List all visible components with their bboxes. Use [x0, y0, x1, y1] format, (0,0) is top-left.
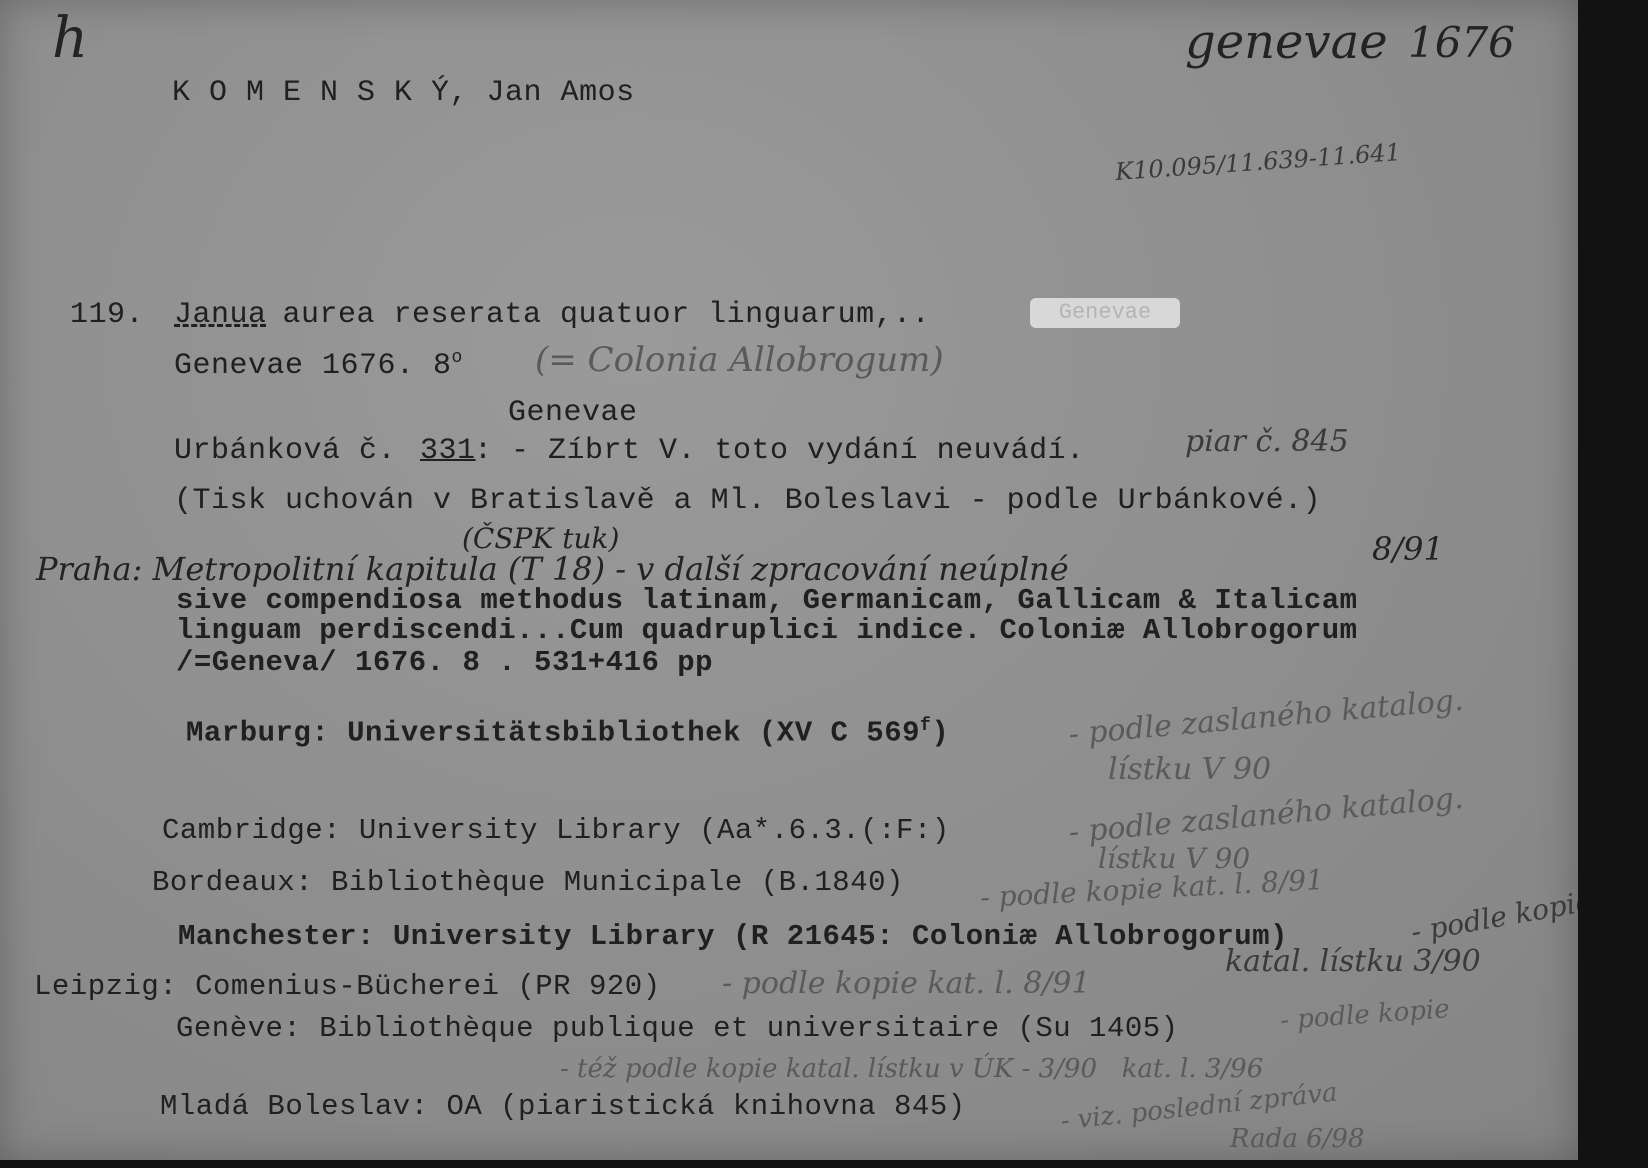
holding-note-2: lístku V 90	[1108, 752, 1271, 787]
handwritten-year: 1676	[1408, 18, 1515, 67]
handwritten-imprint-note: (= Colonia Allobrogum)	[535, 340, 944, 380]
holding-marburg: Marburg: Universitätsbibliothek (XV C 56…	[186, 716, 949, 750]
handwritten-piar: piar č. 845	[1185, 424, 1349, 459]
urbankova-number: 331	[420, 434, 476, 468]
author-heading: K O M E N S K Ý, Jan Amos	[172, 76, 635, 110]
handwritten-shelfmark: K10.095/11.639-11.641	[1114, 138, 1401, 186]
holding-note: - podle zaslaného katalog.	[1067, 683, 1465, 752]
urbankova-prefix: Urbánková č.	[174, 434, 396, 468]
preservation-note: (Tisk uchován v Bratislavě a Ml. Bolesla…	[174, 484, 1321, 518]
erased-text: Genevae	[1030, 298, 1180, 328]
holding-geneve: Genève: Bibliothèque publique et univers…	[176, 1012, 1179, 1045]
scan-border-bottom	[0, 1160, 1648, 1168]
holding-note-2: - též podle kopie katal. lístku v ÚK - 3…	[560, 1054, 1263, 1084]
title-rest: aurea reserata quatuor linguarum,..	[264, 298, 930, 332]
holding-bordeaux: Bordeaux: Bibliothèque Municipale (B.184…	[152, 866, 904, 899]
holding-mlada-boleslav: Mladá Boleslav: OA (piaristická knihovna…	[160, 1090, 966, 1123]
holding-note-2: Rada 6/98	[1230, 1124, 1364, 1154]
holding-note-2: katal. lístku 3/90	[1225, 944, 1481, 979]
title-first-word: Janua	[174, 298, 267, 332]
description-line: sive compendiosa methodus latinam, Germa…	[176, 584, 1358, 617]
typed-insert-above: Genevae	[508, 396, 638, 430]
handwritten-praha: Praha: Metropolitní kapitula (T 18) - v …	[36, 550, 1069, 588]
holding-note: - podle kopie kat. l. 8/91	[722, 966, 1091, 1001]
handwritten-place: genevae	[1185, 14, 1388, 70]
imprint-line: Genevae 1676. 8o	[174, 348, 463, 383]
description-line: /=Geneva/ 1676. 8 . 531+416 pp	[176, 646, 713, 679]
holding-cambridge: Cambridge: University Library (Aa*.6.3.(…	[162, 814, 950, 847]
holding-note: - podle zaslaného katalog.	[1067, 781, 1465, 850]
corner-mark: h	[52, 6, 88, 71]
holding-note: - podle kopie	[1409, 884, 1595, 948]
holding-leipzig: Leipzig: Comenius-Bücherei (PR 920)	[34, 970, 661, 1003]
handwritten-praha-date: 8/91	[1372, 530, 1444, 568]
scan-border-right	[1578, 0, 1648, 1168]
description-line: linguam perdiscendi...Cum quadruplici in…	[176, 614, 1358, 647]
holding-note: - podle kopie	[1279, 994, 1450, 1036]
entry-number: 119.	[70, 298, 144, 332]
urbankova-rest: : - Zíbrt V. toto vydání neuvádí.	[474, 434, 1085, 468]
catalog-card: h K O M E N S K Ý, Jan Amos genevae 1676…	[0, 0, 1578, 1160]
holding-manchester: Manchester: University Library (R 21645:…	[178, 920, 1288, 953]
